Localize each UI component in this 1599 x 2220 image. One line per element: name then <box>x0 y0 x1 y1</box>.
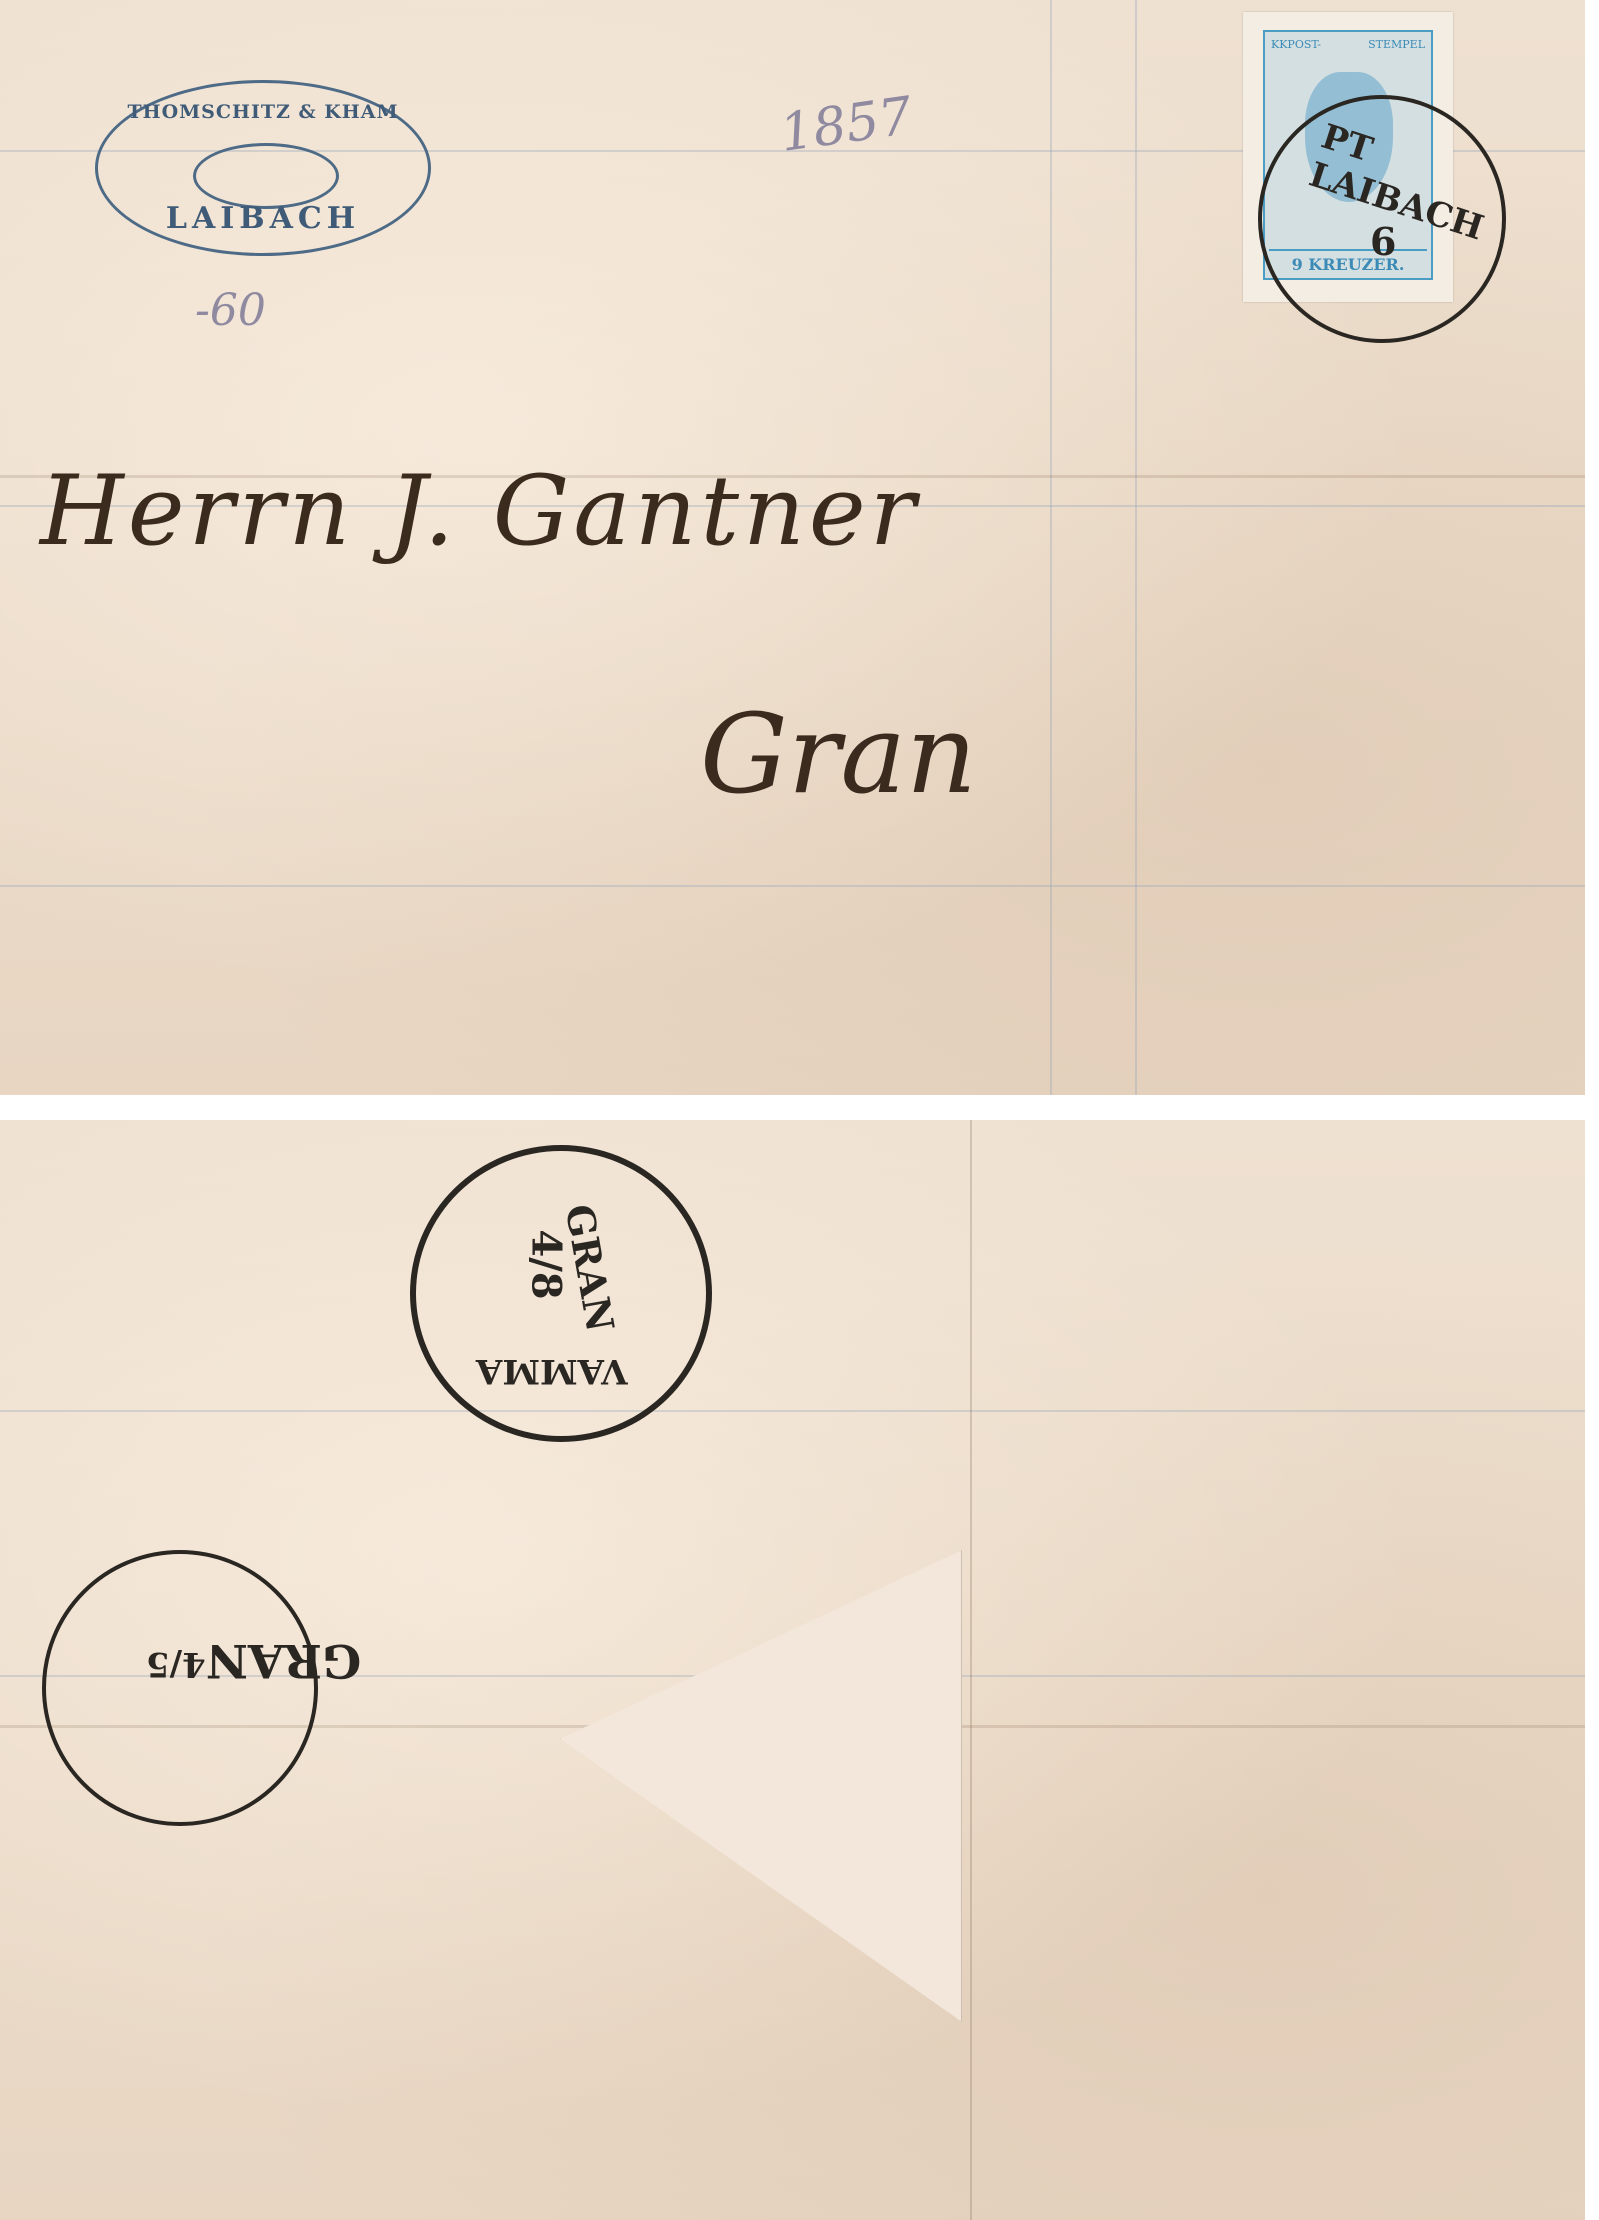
sender-cachet: THOMSCHITZ & KHAM LAIBACH <box>95 80 431 256</box>
fold-edge <box>970 1120 972 2220</box>
gran-postmark-lower: GRAN 4/5 <box>42 1550 318 1826</box>
postmark-town: GRAN <box>206 1634 361 1688</box>
postmark-day: 6 <box>1370 219 1396 264</box>
postmark-date: 4/8 <box>523 1229 570 1299</box>
postmark-date: 4/5 <box>146 1644 206 1684</box>
address-line-2: Gran <box>700 690 977 818</box>
pencil-year: 1857 <box>776 86 915 164</box>
ruled-line <box>1050 0 1052 1095</box>
envelope-flap <box>560 1550 962 2022</box>
ruled-line <box>0 1410 1585 1412</box>
stamp-text-left: KKPOST- <box>1271 38 1321 51</box>
laibach-postmark: PT LAIBACH 6 <box>1258 95 1506 343</box>
stamp-text-right: STEMPEL <box>1368 38 1425 51</box>
sender-city: LAIBACH <box>98 201 428 236</box>
sender-firm: THOMSCHITZ & KHAM <box>98 101 428 123</box>
pencil-price: -60 <box>195 285 266 336</box>
cover-back: GRAN 4/8 VAMMA GRAN 4/5 <box>0 1120 1585 2220</box>
postmark-town: PT LAIBACH <box>1304 117 1509 252</box>
address-line-1: Herrn J. Gantner <box>40 455 920 567</box>
postmark-suffix: VAMMA <box>476 1351 628 1391</box>
cover-front: THOMSCHITZ & KHAM LAIBACH 1857 -60 KKPOS… <box>0 0 1585 1095</box>
ruled-line <box>1135 0 1137 1095</box>
ruled-line <box>0 885 1585 887</box>
stamp-top-text: KKPOST- STEMPEL <box>1265 38 1431 51</box>
gran-postmark-upper: GRAN 4/8 VAMMA <box>410 1145 712 1442</box>
cachet-inner-oval <box>193 143 339 209</box>
